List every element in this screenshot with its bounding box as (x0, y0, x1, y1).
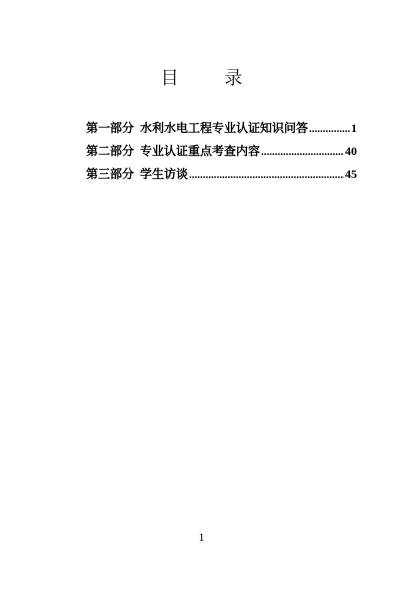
dot-leader (309, 123, 350, 135)
toc-heading: 专业认证重点考查内容 (140, 142, 260, 159)
table-of-contents: 第一部分 水利水电工程专业认证知识问答 1 第二部分 专业认证重点考查内容 40… (86, 119, 357, 188)
toc-part-label: 第三部分 (86, 165, 134, 182)
document-page: 目 录 第一部分 水利水电工程专业认证知识问答 1 第二部分 专业认证重点考查内… (0, 0, 403, 604)
page-number-footer: 1 (0, 530, 403, 545)
toc-part-label: 第一部分 (86, 119, 134, 136)
toc-entry[interactable]: 第二部分 专业认证重点考查内容 40 (86, 142, 357, 165)
toc-heading: 学生访谈 (140, 165, 188, 182)
toc-page-number: 45 (345, 167, 357, 182)
dot-leader (261, 146, 344, 158)
toc-title: 目 录 (0, 64, 403, 90)
toc-heading: 水利水电工程专业认证知识问答 (140, 119, 308, 136)
toc-page-number: 40 (345, 144, 357, 159)
dot-leader (189, 169, 344, 181)
toc-part-label: 第二部分 (86, 142, 134, 159)
toc-entry[interactable]: 第三部分 学生访谈 45 (86, 165, 357, 188)
toc-entry[interactable]: 第一部分 水利水电工程专业认证知识问答 1 (86, 119, 357, 142)
toc-page-number: 1 (351, 121, 357, 136)
